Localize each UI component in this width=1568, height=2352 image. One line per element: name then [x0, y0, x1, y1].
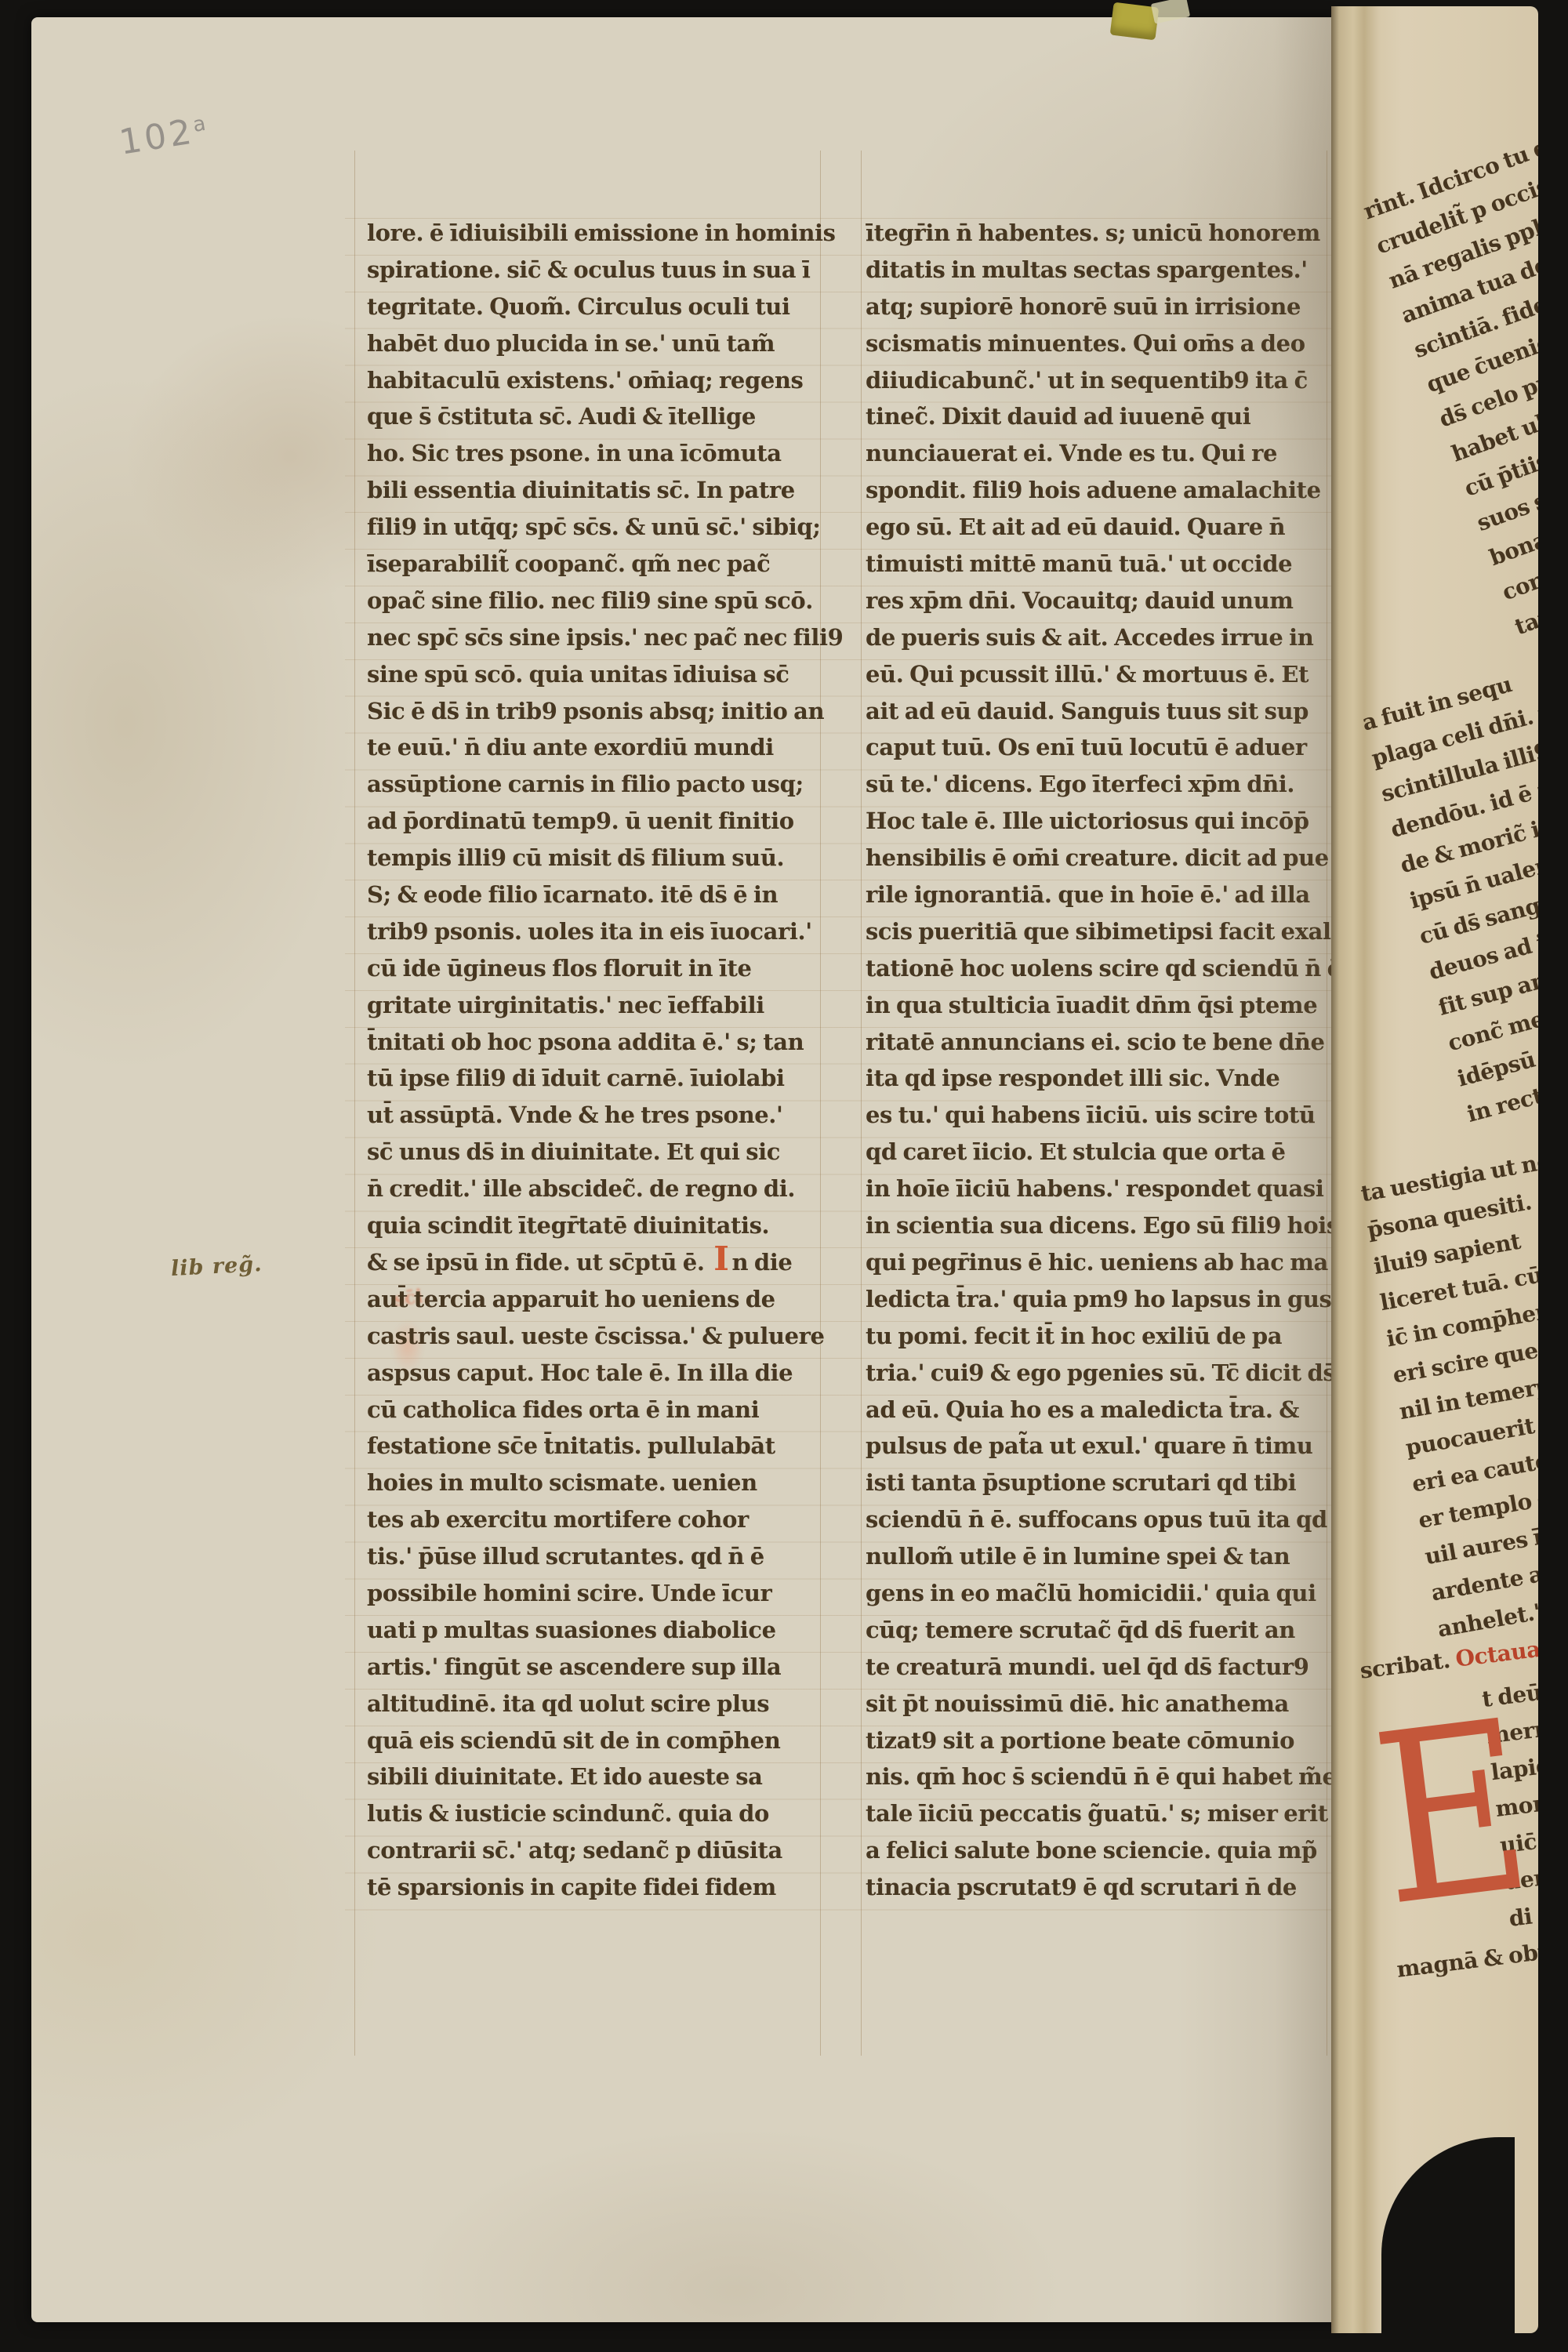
- page-corner-shadow: [1381, 2137, 1515, 2333]
- text-line: gritate uirginitatis.' nec īeffabili: [367, 987, 828, 1024]
- text-line: lutis & iusticie scindunc̃. quia do: [367, 1795, 828, 1832]
- line-text: & se ipsū in fide. ut sc̄ptū ē.: [367, 1249, 710, 1276]
- text-line: te euū.' n̄ diu ante exordiū mundi: [367, 729, 828, 766]
- text-line: tū ipse fili9 di īduit carnē. īuiolabi: [367, 1060, 828, 1097]
- text-line: tempis illi9 cū misit ds̄ filium suū.: [367, 840, 828, 877]
- text-line: sibili diuinitate. Et ido aueste sa: [367, 1759, 828, 1795]
- text-line: altitudinē. ita qd uolut scire plus: [367, 1686, 828, 1722]
- next-page-text-lower: ta uestigia ut noluistip̄sona quesiti.il…: [1358, 1127, 1538, 1647]
- text-line: aspsus caput. Hoc tale ē. In illa die: [367, 1355, 828, 1392]
- text-line: artis.' fingūt se ascendere sup illa: [367, 1649, 828, 1686]
- text-line: cū ide ūgineus flos floruit in īte: [367, 950, 828, 987]
- text-line: Sic ē ds̄ in trib9 psonis absq; initio a…: [367, 693, 828, 730]
- next-page-text-top: rint. Idcirco tu qui hec pcrudelit̃ p oc…: [1358, 98, 1538, 644]
- text-line: t̄nitati ob hoc psona addita ē.' s; tan: [367, 1024, 828, 1061]
- text-line: ad p̄ordinatū temp9. ū uenit finitio: [367, 803, 828, 840]
- text-line: lore. ē īdiuisibili emissione in hominis: [367, 215, 828, 252]
- text-line: fili9 in utq̄q; spc̄ sc̄s. & unū sc̄.' s…: [367, 509, 828, 546]
- text-line: sine spū scō. quia unitas īdiuisa sc̄: [367, 656, 828, 693]
- text-line: habēt duo plucida in se.' unū tam̃: [367, 325, 828, 362]
- vertical-rule: [354, 151, 355, 2056]
- text-column-1: lore. ē īdiuisibili emissione in hominis…: [367, 215, 828, 1906]
- next-page-rubric-section: scribat. Octaua uisio t̃ E t deūmerrlapi…: [1358, 1618, 1538, 1988]
- text-line: assūptione carnis in filio pacto usq;: [367, 766, 828, 803]
- line-text: n die: [731, 1249, 792, 1276]
- text-line: possibile homini scire. Unde īcur: [367, 1575, 828, 1612]
- text-line: opac̃ sine filio. nec fili9 sine spū scō…: [367, 583, 828, 619]
- text-line: tis.' p̄ūse illud scrutantes. qd n̄ ē: [367, 1538, 828, 1575]
- text-line: quia scindit ītegr̄tatē diuinitatis.: [367, 1207, 828, 1244]
- text-line: sc̄ unus ds̄ in diuinitate. Et qui sic: [367, 1134, 828, 1171]
- text-line: aut̄ tercia apparuit ho ueniens de: [367, 1281, 828, 1318]
- folio-number-sup: a: [191, 111, 210, 137]
- text-line: uati p multas suasiones diabolice: [367, 1612, 828, 1649]
- text-line: nec spc̄ sc̄s sine ipsis.' nec pac̃ nec …: [367, 619, 828, 656]
- text-line: trib9 psonis. uoles ita in eis īuocari.': [367, 913, 828, 950]
- text-line: festatione sc̄e t̄nitatis. pullulabāt: [367, 1428, 828, 1465]
- text-line: quā eis sciendū sit de in comp̄hen: [367, 1722, 828, 1759]
- folio-number-base: 102: [117, 111, 198, 162]
- text-line: bili essentia diuinitatis sc̄. In patre: [367, 472, 828, 509]
- text-line: ho. Sic tres psone. in una īcōmuta: [367, 435, 828, 472]
- vertical-rule: [861, 151, 862, 2056]
- text-line: contrarii sc̄.' atq; sedanc̃ p diūsita: [367, 1832, 828, 1869]
- manuscript-photo: 102a lib reg̃. sc̄i. lore. ē īdiuisibili…: [0, 0, 1568, 2352]
- text-line: habitaculū existens.' om̄iaq; regens: [367, 362, 828, 399]
- margin-note: lib reg̃.: [170, 1252, 263, 1281]
- text-line: & se ipsū in fide. ut sc̄ptū ē. In die: [367, 1244, 828, 1281]
- text-line: tē sparsionis in capite fidei fidem: [367, 1869, 828, 1906]
- text-line: castris saul. ueste c̄scissa.' & puluere: [367, 1318, 828, 1355]
- text-line: tes ab exercitu mortifere cohor: [367, 1501, 828, 1538]
- text-line: tegritate. Quom̃. Circulus oculi tui: [367, 289, 828, 325]
- text-line: cū catholica fides orta ē in mani: [367, 1392, 828, 1428]
- text-line: hoies in multo scismate. uenien: [367, 1465, 828, 1501]
- folio-number: 102a: [117, 109, 212, 163]
- next-page-edge: rint. Idcirco tu qui hec pcrudelit̃ p oc…: [1331, 6, 1538, 2333]
- text-line: īseparabilit̃ coopanc̃. qm̃ nec pac̃: [367, 546, 828, 583]
- text-line: spiratione. sic̄ & oculus tuus in sua ī: [367, 252, 828, 289]
- text-line: S; & eode filio īcarnato. itē ds̄ ē in: [367, 877, 828, 913]
- next-page-text-middle: a fuit in sequplaga celi dn̄i. pcutit us…: [1358, 633, 1538, 1133]
- manuscript-page: 102a lib reg̃. sc̄i. lore. ē īdiuisibili…: [31, 17, 1339, 2322]
- text-line: ut̄ assūptā. Vnde & he tres psone.': [367, 1097, 828, 1134]
- gutter-shadow: [1176, 17, 1339, 2322]
- illuminated-initial-E: E: [1363, 1675, 1512, 1958]
- red-initial: I: [710, 1240, 731, 1278]
- illuminated-initial-row: E t deūmerrlapidmonuic̄ueredi qu: [1363, 1655, 1538, 1951]
- text-line: n̄ credit.' ille abscidec̃. de regno di.: [367, 1171, 828, 1207]
- text-line: que s̄ c̄stituta sc̄. Audi & ītellige: [367, 398, 828, 435]
